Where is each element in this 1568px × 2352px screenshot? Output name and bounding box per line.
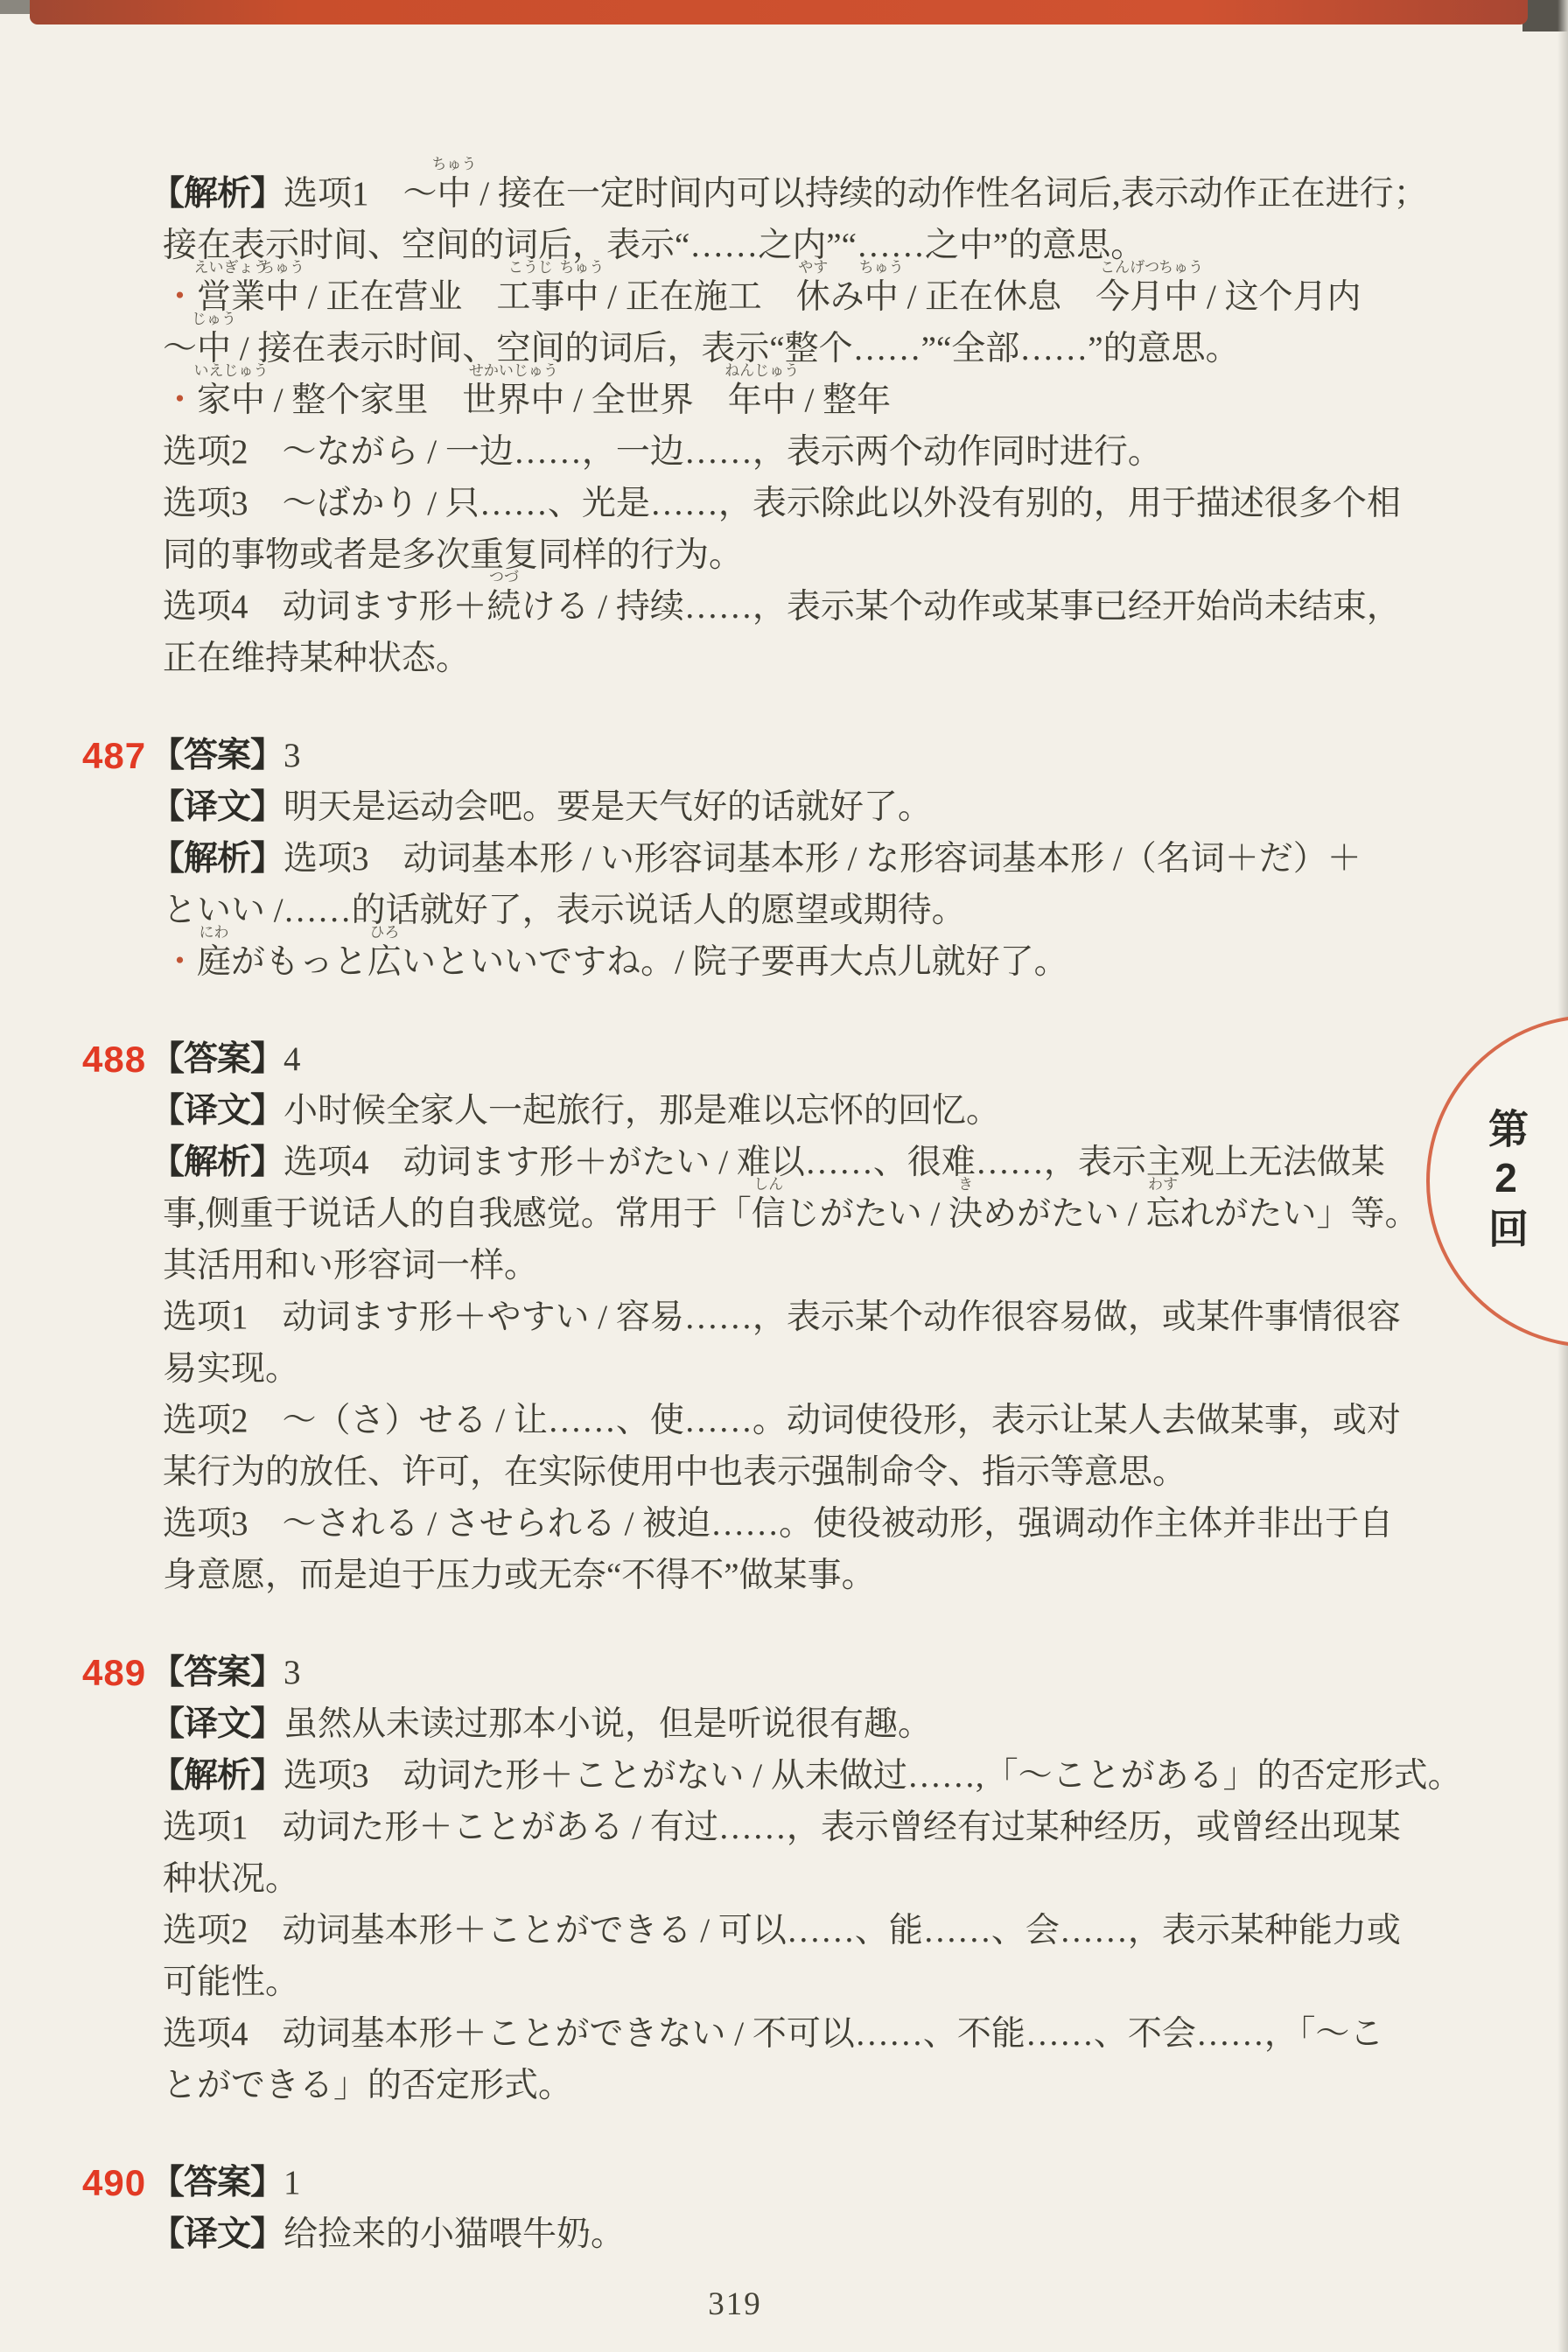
explanation-lines: 【答案】3【译文】明天是运动会吧。要是天气好的话就好了。【解析】选项3 动词基本…	[0, 730, 1568, 988]
text-line: 同的事物或者是多次重复同样的行为。	[0, 529, 1568, 581]
ruby-base: ちゅう中	[437, 168, 472, 220]
answer-item-489: 489 【答案】3【译文】虽然从未读过那本小说，但是听说很有趣。【解析】选项3 …	[0, 1647, 1568, 2111]
text-run: 正在维持某种状态。	[163, 640, 470, 677]
bullet-mark: ・	[163, 381, 197, 419]
text-run: 明天是运动会吧。要是天气好的话就好了。	[283, 788, 932, 826]
text-line: 易实现。	[0, 1343, 1568, 1395]
furigana: ちゅう	[432, 157, 477, 171]
ruby-base: ひろ広	[367, 936, 402, 988]
text-run: 同的事物或者是多次重复同样的行为。	[163, 536, 743, 574]
furigana: にわ	[199, 925, 229, 940]
furigana: こうじ	[508, 260, 553, 275]
text-run: 选项4 动词基本形＋ことができない / 不可以……、不能……、不会……，「～こ	[163, 2015, 1383, 2053]
ruby-base: やす休	[796, 271, 830, 323]
section-label: 【解析】	[150, 175, 283, 213]
text-run: / 全世界	[564, 381, 727, 419]
text-line: 事,侧重于说话人的自我感觉。常用于「しん信じがたい / き決めがたい / わす忘…	[0, 1188, 1568, 1240]
furigana: やす	[798, 260, 828, 275]
page-number: 319	[0, 2285, 1470, 2334]
badge-label: 第2回	[1477, 1108, 1535, 1255]
ruby-base: き決	[948, 1188, 983, 1240]
text-run: / 正在休息	[899, 278, 1095, 316]
item-number: 490	[82, 2157, 146, 2208]
ruby-base: つづ続	[487, 581, 521, 633]
text-run: 可能性。	[163, 1963, 299, 2001]
item-number: 487	[82, 730, 146, 781]
furigana: つづ	[489, 570, 519, 584]
text-line: とができる」的否定形式。	[0, 2060, 1568, 2111]
text-line: 选项2 ～（さ）せる / 让……、使……。动词使役形，表示让某人去做某事，或对	[0, 1395, 1568, 1446]
furigana: ちゅう	[859, 260, 904, 275]
furigana: わす	[1148, 1177, 1178, 1192]
furigana: ねんじゅう	[724, 363, 799, 378]
text-run: がもっと	[231, 943, 367, 981]
text-run: じがたい /	[786, 1195, 948, 1233]
text-run: 选项1 动词ます形＋やすい / 容易……，表示某个动作很容易做，或某件事情很容	[163, 1298, 1401, 1336]
explanation-lines: 【解析】选项1 ～ちゅう中 / 接在一定时间内可以持续的动作性名词后,表示动作正…	[0, 168, 1568, 684]
text-run: / 这个月内	[1198, 278, 1361, 316]
answer-explanations: 【解析】选项1 ～ちゅう中 / 接在一定时间内可以持续的动作性名词后,表示动作正…	[0, 168, 1568, 2260]
section-label: 【答案】	[150, 1040, 283, 1078]
section-label: 【译文】	[150, 1705, 283, 1743]
text-line: 【答案】4	[0, 1033, 1568, 1085]
text-line: 【译文】给捡来的小猫喂牛奶。	[0, 2208, 1568, 2260]
answer-item-487: 487 【答案】3【译文】明天是运动会吧。要是天气好的话就好了。【解析】选项3 …	[0, 730, 1568, 988]
ruby-base: ちゅう中	[864, 271, 899, 323]
text-run: 选项3 ～ばかり / 只……、光是……，表示除此以外没有别的，用于描述很多个相	[163, 485, 1401, 522]
item-number: 489	[82, 1647, 146, 1698]
ruby-base: こうじ工事	[496, 271, 564, 323]
text-line: 选项3 ～ばかり / 只……、光是……，表示除此以外没有别的，用于描述很多个相	[0, 478, 1568, 529]
text-run: 选项2 动词基本形＋ことができる / 可以……、能……、会……，表示某种能力或	[163, 1912, 1401, 1949]
text-line: 【解析】选项1 ～ちゅう中 / 接在一定时间内可以持续的动作性名词后,表示动作正…	[0, 168, 1568, 220]
text-run: 选项1 动词た形＋ことがある / 有过……，表示曾经有过某种经历，或曾经出现某	[163, 1809, 1401, 1846]
furigana: じゅう	[192, 311, 236, 326]
text-line: ・にわ庭がもっとひろ広いといいですね。/ 院子要再大点儿就好了。	[0, 936, 1568, 988]
text-run: / 正在施工	[598, 278, 795, 316]
furigana: せかいじゅう	[469, 363, 558, 378]
text-line: 身意愿，而是迫于压力或无奈“不得不”做某事。	[0, 1550, 1568, 1601]
text-line: 【解析】选项3 动词た形＋ことがない / 从未做过……,「～ことがある」的否定形…	[0, 1750, 1568, 1802]
text-line: 种状况。	[0, 1853, 1568, 1905]
text-run: 给捡来的小猫喂牛奶。	[283, 2215, 625, 2253]
text-run: 选项1 ～	[283, 175, 437, 213]
text-run: / 正在营业	[299, 278, 496, 316]
text-line: 选项1 动词ます形＋やすい / 容易……，表示某个动作很容易做，或某件事情很容	[0, 1291, 1568, 1343]
ruby-base: わす忘	[1145, 1188, 1179, 1240]
text-line: 选项4 动词基本形＋ことができない / 不可以……、不能……、不会……，「～こ	[0, 2008, 1568, 2060]
ruby-base: にわ庭	[197, 936, 231, 988]
text-line: 选项4 动词ます形＋つづ続ける / 持续……，表示某个动作或某事已经开始尚未结束…	[0, 581, 1568, 633]
text-run: めがたい /	[983, 1195, 1145, 1233]
text-line: 【译文】虽然从未读过那本小说，但是听说很有趣。	[0, 1698, 1568, 1750]
text-run: / 接在一定时间内可以持续的动作性名词后,表示动作正在进行；	[472, 175, 1428, 213]
answer-item-490: 490 【答案】1【译文】给捡来的小猫喂牛奶。	[0, 2157, 1568, 2260]
text-run: み	[830, 278, 864, 316]
answer-item-486-analysis: 【解析】选项1 ～ちゅう中 / 接在一定时间内可以持续的动作性名词后,表示动作正…	[0, 168, 1568, 684]
text-run: 选项2 ～ながら / 一边……，一边……，表示两个动作同时进行。	[163, 433, 1162, 471]
text-run: 1	[283, 2164, 301, 2201]
text-line: 正在维持某种状态。	[0, 633, 1568, 684]
furigana: いえじゅう	[194, 363, 269, 378]
section-label: 【解析】	[150, 1757, 283, 1795]
text-line: 选项2 ～ながら / 一边……，一边……，表示两个动作同时进行。	[0, 426, 1568, 478]
text-run: 选项3 动词基本形 / い形容词基本形 / な形容词基本形 /（名词＋だ）＋	[283, 840, 1361, 878]
text-line: 其活用和い形容词一样。	[0, 1240, 1568, 1291]
ruby-base: ねんじゅう年中	[728, 374, 796, 426]
explanation-lines: 【答案】1【译文】给捡来的小猫喂牛奶。	[0, 2157, 1568, 2260]
text-run: 某行为的放任、许可，在实际使用中也表示强制命令、指示等意思。	[163, 1453, 1186, 1491]
text-line: 可能性。	[0, 1956, 1568, 2008]
text-run: 3	[283, 1654, 301, 1691]
furigana: ちゅう	[1158, 260, 1203, 275]
text-line: 【译文】小时候全家人一起旅行，那是难以忘怀的回忆。	[0, 1085, 1568, 1137]
section-label: 【译文】	[150, 788, 283, 826]
furigana: ちゅう	[260, 260, 304, 275]
section-label: 【解析】	[150, 1144, 283, 1181]
ruby-base: せかいじゅう世界中	[462, 374, 564, 426]
section-label: 【答案】	[150, 737, 283, 774]
page-top-red-strip	[30, 0, 1528, 24]
section-label: 【答案】	[150, 2164, 283, 2201]
text-line: 【解析】选项3 动词基本形 / い形容词基本形 / な形容词基本形 /（名词＋だ…	[0, 833, 1568, 885]
text-run: 4	[283, 1040, 301, 1078]
furigana: き	[958, 1177, 973, 1192]
text-line: 【答案】1	[0, 2157, 1568, 2208]
furigana: えいぎょう	[194, 260, 269, 275]
text-run: とができる」的否定形式。	[163, 2067, 572, 2104]
explanation-lines: 【答案】4【译文】小时候全家人一起旅行，那是难以忘怀的回忆。【解析】选项4 动词…	[0, 1033, 1568, 1601]
text-run: / 整个家里	[265, 381, 462, 419]
furigana: しん	[753, 1177, 783, 1192]
text-run: 其活用和い形容词一样。	[163, 1247, 538, 1284]
ruby-base: いえじゅう家中	[197, 374, 265, 426]
text-run: 接在表示时间、空间的词后，表示“……之内”“……之中”的意思。	[163, 227, 1144, 264]
text-line: といい /……的话就好了，表示说话人的愿望或期待。	[0, 885, 1568, 936]
text-line: 选项3 ～される / させられる / 被迫……。使役被动形，强调动作主体并非出于…	[0, 1498, 1568, 1550]
book-page: 【解析】选项1 ～ちゅう中 / 接在一定时间内可以持续的动作性名词后,表示动作正…	[0, 0, 1568, 2352]
text-run: れがたい」等。	[1180, 1195, 1419, 1233]
text-run: / 整年	[796, 381, 891, 419]
text-line: 【答案】3	[0, 1647, 1568, 1698]
text-line: 选项1 动词た形＋ことがある / 有过……，表示曾经有过某种经历，或曾经出现某	[0, 1802, 1568, 1853]
text-run: 事,侧重于说话人的自我感觉。常用于「	[163, 1195, 752, 1233]
text-run: 选项3 ～される / させられる / 被迫……。使役被动形，强调动作主体并非出于…	[163, 1505, 1393, 1543]
furigana: ちゅう	[559, 260, 604, 275]
text-run: 虽然从未读过那本小说，但是听说很有趣。	[283, 1705, 932, 1743]
text-line: 【译文】明天是运动会吧。要是天气好的话就好了。	[0, 781, 1568, 833]
text-run: といい /……的话就好了，表示说话人的愿望或期待。	[163, 892, 966, 929]
text-run: 身意愿，而是迫于压力或无奈“不得不”做某事。	[163, 1557, 876, 1594]
text-run: 易实现。	[163, 1350, 299, 1388]
ruby-base: ちゅう中	[1164, 271, 1198, 323]
ruby-base: ちゅう中	[564, 271, 598, 323]
section-label: 【答案】	[150, 1654, 283, 1691]
item-number: 488	[82, 1033, 146, 1085]
explanation-lines: 【答案】3【译文】虽然从未读过那本小说，但是听说很有趣。【解析】选项3 动词た形…	[0, 1647, 1568, 2111]
section-label: 【译文】	[150, 2215, 283, 2253]
text-line: 【答案】3	[0, 730, 1568, 781]
text-run: ～	[163, 330, 197, 367]
text-run: いといいですね。/ 院子要再大点儿就好了。	[402, 943, 1068, 981]
section-label: 【解析】	[150, 840, 283, 878]
text-line: ・いえじゅう家中 / 整个家里 せかいじゅう世界中 / 全世界 ねんじゅう年中 …	[0, 374, 1568, 426]
bullet-mark: ・	[163, 943, 197, 981]
text-run: 小时候全家人一起旅行，那是难以忘怀的回忆。	[283, 1092, 1000, 1130]
ruby-base: ちゅう中	[265, 271, 299, 323]
text-line: 【解析】选项4 动词ます形＋がたい / 难以……、很难……，表示主观上无法做某	[0, 1137, 1568, 1188]
text-run: 选项4 动词ます形＋がたい / 难以……、很难……，表示主观上无法做某	[283, 1144, 1385, 1181]
ruby-base: しん信	[752, 1188, 786, 1240]
text-run: 选项2 ～（さ）せる / 让……、使……。动词使役形，表示让某人去做某事，或对	[163, 1402, 1401, 1439]
text-line: 选项2 动词基本形＋ことができる / 可以……、能……、会……，表示某种能力或	[0, 1905, 1568, 1956]
text-run: 选项4 动词ます形＋	[163, 588, 487, 626]
furigana: こんげつ	[1100, 260, 1159, 275]
text-run: 3	[283, 737, 301, 774]
text-run: 种状况。	[163, 1860, 299, 1898]
text-line: 某行为的放任、许可，在实际使用中也表示强制命令、指示等意思。	[0, 1446, 1568, 1498]
text-run: ける / 持续……，表示某个动作或某事已经开始尚未结束，	[521, 588, 1401, 626]
answer-item-488: 488 【答案】4【译文】小时候全家人一起旅行，那是难以忘怀的回忆。【解析】选项…	[0, 1033, 1568, 1601]
furigana: ひろ	[370, 925, 400, 940]
text-run: 选项3 动词た形＋ことがない / 从未做过……,「～ことがある」的否定形式。	[283, 1757, 1462, 1795]
ruby-base: こんげつ今月	[1095, 271, 1164, 323]
section-label: 【译文】	[150, 1092, 283, 1130]
